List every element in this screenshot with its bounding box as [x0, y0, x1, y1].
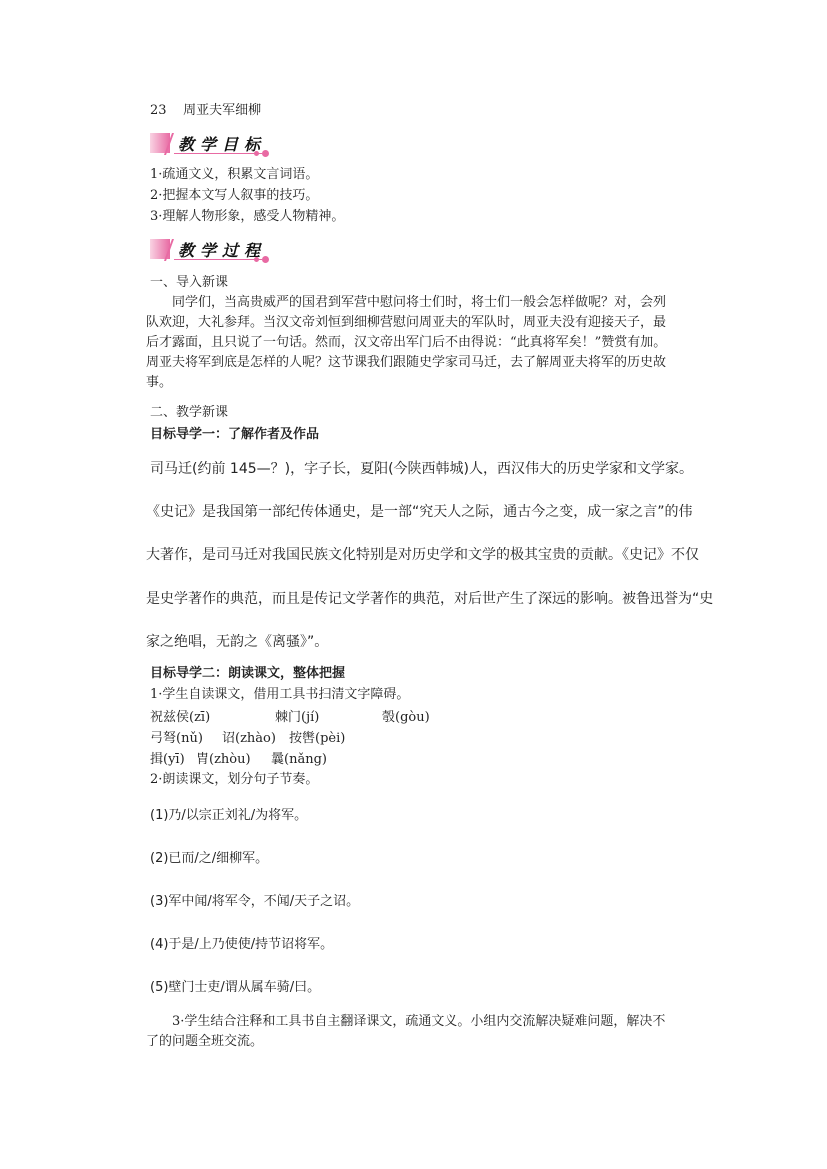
pronunciation-item: 彀(gòu): [382, 708, 430, 728]
lesson-title: 23 周亚夫军细柳: [150, 101, 261, 121]
rhythm-sentence: (2)已而/之/细柳军。: [150, 848, 268, 870]
pronunciation-item: 按辔(pèi): [289, 729, 345, 749]
lesson-name: 周亚夫军细柳: [183, 103, 261, 118]
pronunciation-item: 棘门(jí): [275, 708, 319, 728]
rhythm-sentence: (5)壁门士吏/谓从属车骑/曰。: [150, 977, 320, 999]
rhythm-sentence: (3)军中闻/将军令，不闻/天子之诏。: [150, 891, 359, 913]
heading-text: 教学目标: [178, 132, 266, 155]
objective-item: 2·把握本文写人叙事的技巧。: [150, 186, 318, 206]
goal2-title: 目标导学二：朗读课文，整体把握: [150, 663, 345, 685]
author-line: 是史学著作的典范，而且是传记文学著作的典范，对后世产生了深远的影响。被鲁迅誉为“…: [146, 588, 713, 610]
pronunciation-item: 诏(zhào): [222, 729, 276, 749]
pronunciation-item: 祝兹侯(zī): [150, 708, 210, 728]
part1-title: 一、导入新课: [150, 273, 228, 293]
pronunciation-item: 弓弩(nǔ): [150, 729, 203, 749]
author-line: 大著作，是司马迁对我国民族文化特别是对历史学和文学的极其宝贵的贡献。《史记》不仅: [146, 544, 699, 566]
step2-text: 2·朗读课文，划分句子节奏。: [150, 770, 318, 790]
pronunciation-item: 胄(zhòu): [196, 750, 251, 770]
pronunciation-item: 曩(nǎng): [271, 750, 327, 770]
part2-title: 二、教学新课: [150, 403, 228, 423]
author-line: 家之绝唱，无韵之《离骚》”。: [146, 631, 328, 653]
author-line: 司马迁(约前 145—？)，字子长，夏阳(今陕西韩城)人，西汉伟大的历史学家和文…: [150, 458, 693, 480]
rhythm-sentence: (1)乃/以宗正刘礼/为将军。: [150, 805, 307, 827]
pronunciation-item: 揖(yī): [150, 750, 185, 770]
step3-paragraph: 3·学生结合注释和工具书自主翻译课文，疏通文义。小组内交流解决疑难问题，解决不了…: [146, 1012, 676, 1052]
heading-text: 教学过程: [178, 238, 266, 261]
objective-item: 1·疏通文义，积累文言词语。: [150, 165, 318, 185]
step1-text: 1·学生自读课文，借用工具书扫清文字障碍。: [150, 685, 409, 705]
intro-paragraph: 同学们，当高贵威严的国君到军营中慰问将士们时，将士们一般会怎样做呢？对，会列队欢…: [146, 293, 676, 393]
goal1-title: 目标导学一：了解作者及作品: [150, 424, 319, 446]
rhythm-sentence: (4)于是/上乃使使/持节诏将军。: [150, 934, 333, 956]
lesson-number: 23: [150, 103, 167, 118]
section-heading-objectives: 教学目标: [150, 133, 275, 159]
objective-item: 3·理解人物形象，感受人物精神。: [150, 207, 344, 227]
author-line: 《史记》是我国第一部纪传体通史，是一部“究天人之际，通古今之变，成一家之言”的伟: [146, 501, 693, 523]
section-heading-process: 教学过程: [150, 239, 275, 265]
